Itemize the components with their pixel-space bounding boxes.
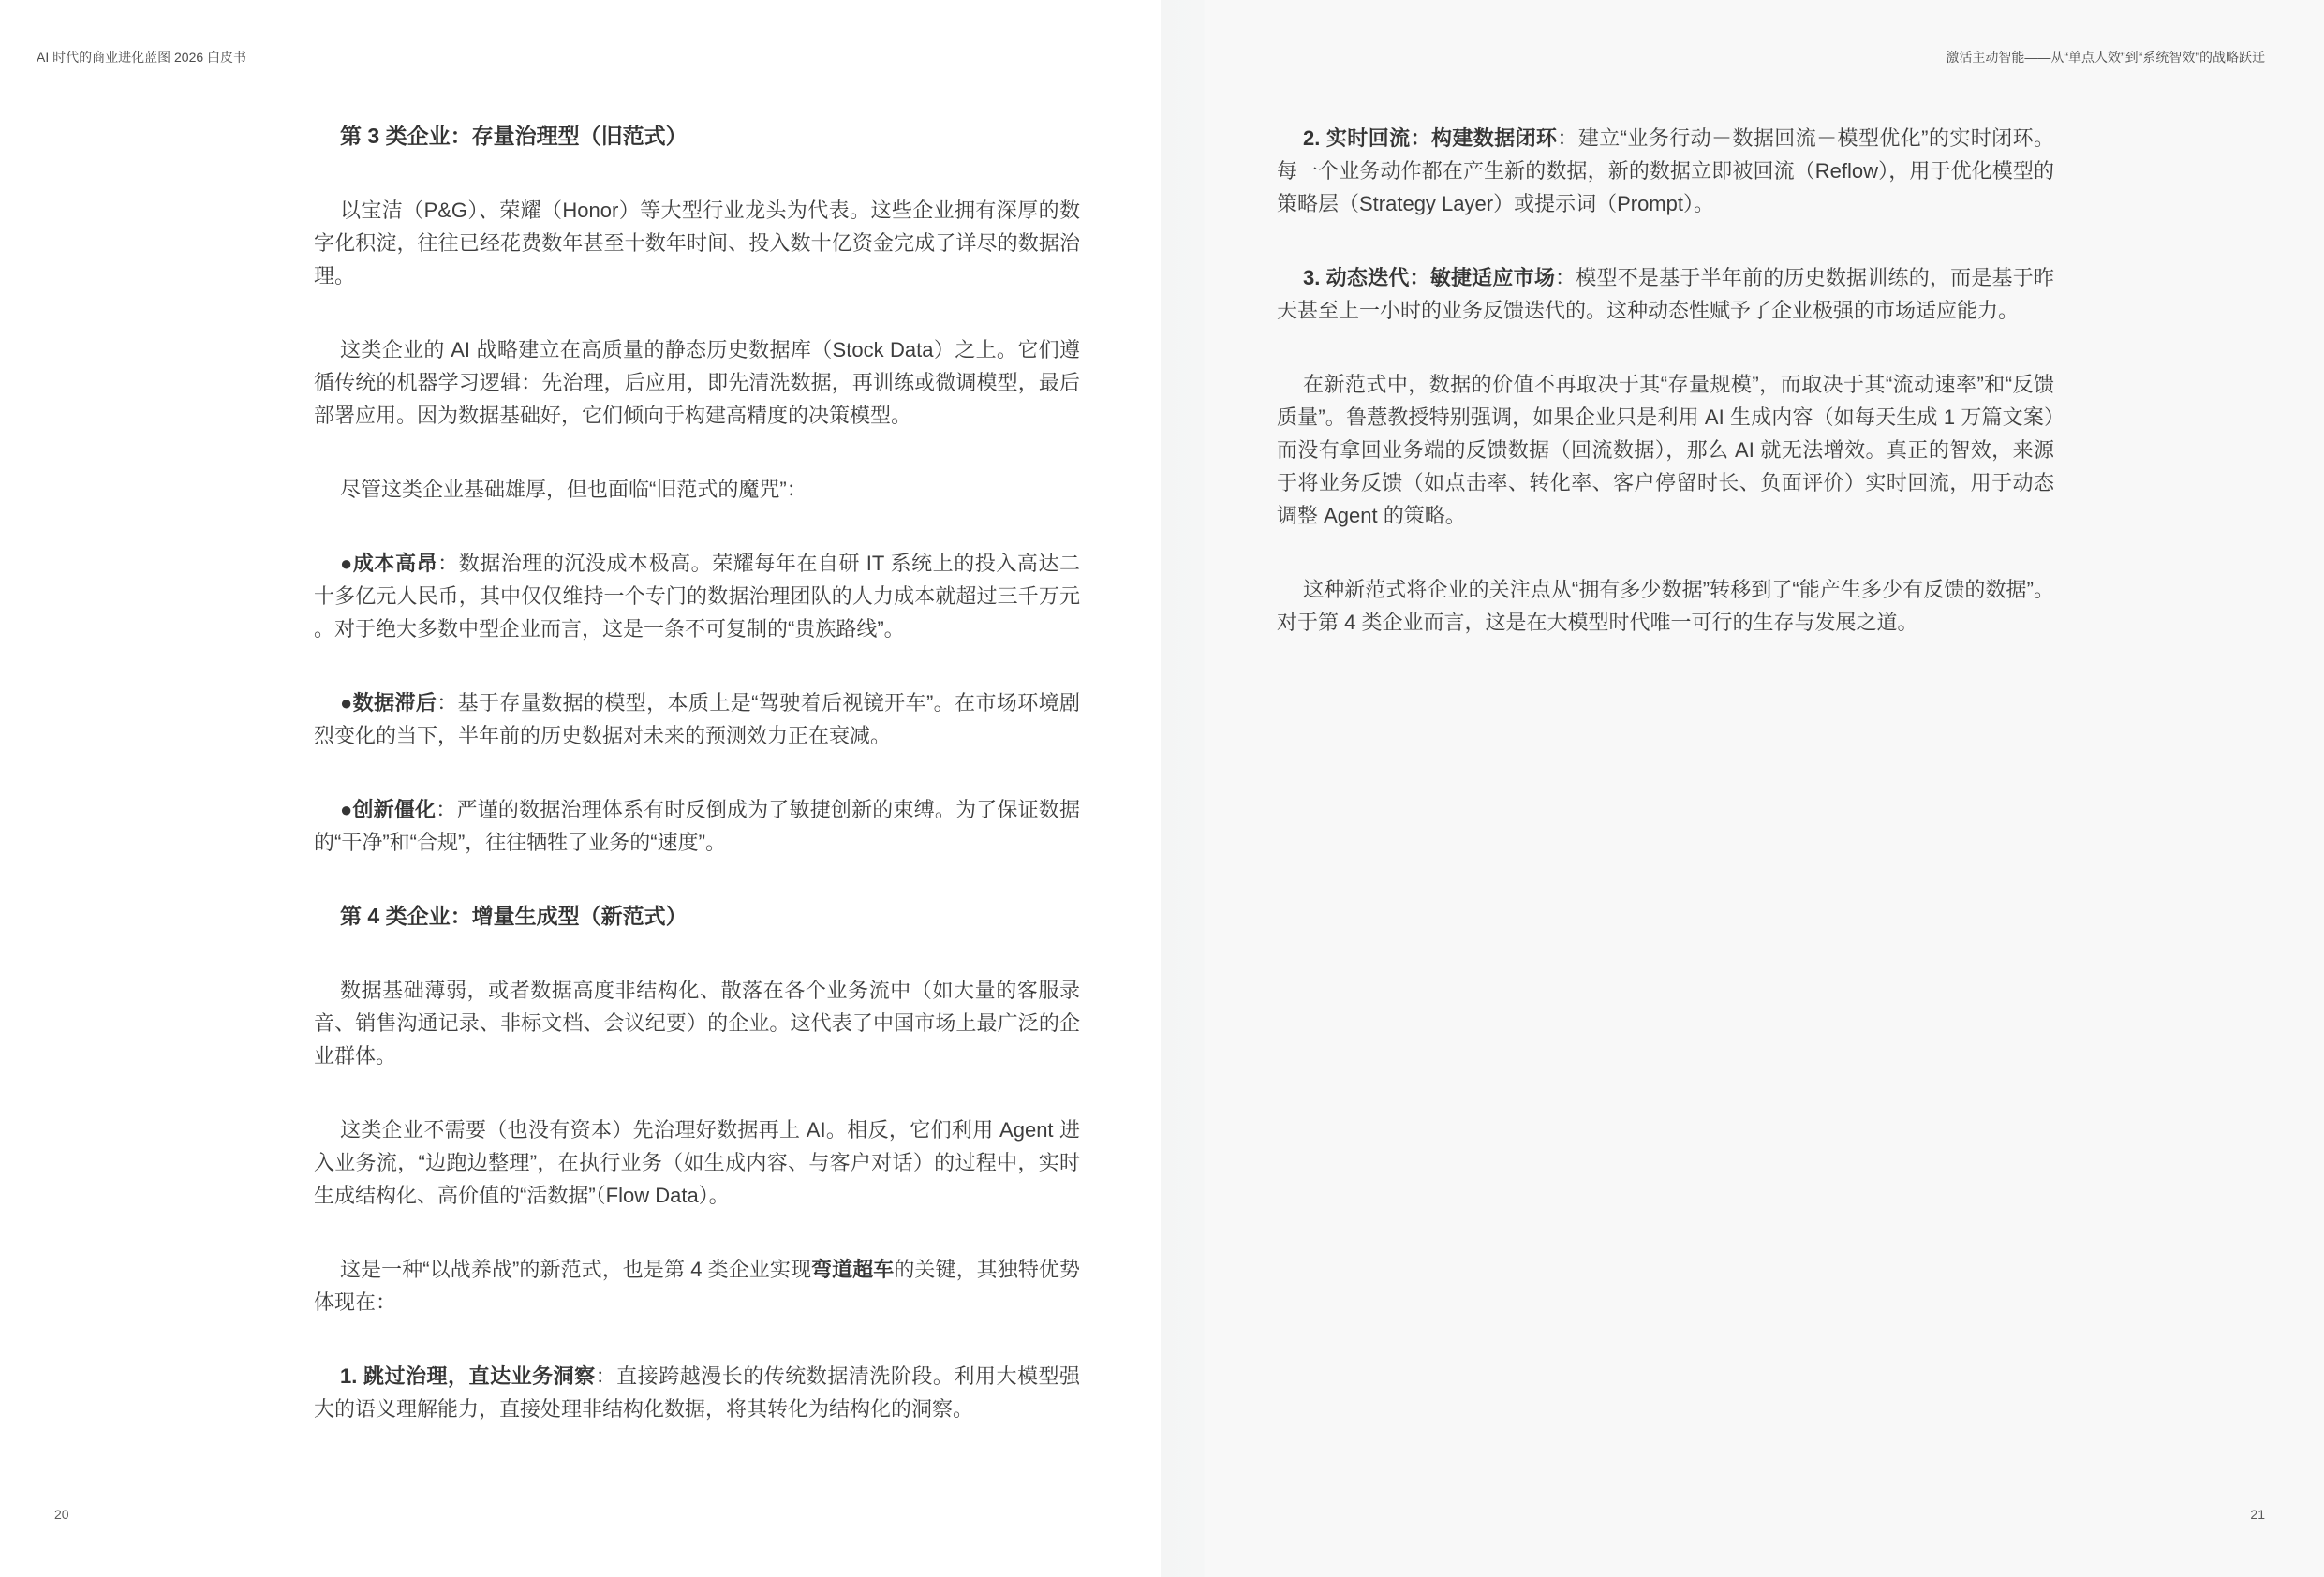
bold-text-run: 1. 跳过治理，直达业务洞察 (340, 1364, 596, 1388)
paragraph: 3. 动态迭代：敏捷适应市场：模型不是基于半年前的历史数据训练的，而是基于昨天甚… (1277, 261, 2054, 327)
paragraph: 尽管这类企业基础雄厚，但也面临“旧范式的魔咒”： (314, 473, 1080, 506)
paragraph: 这类企业的 AI 战略建立在高质量的静态历史数据库（Stock Data）之上。… (314, 333, 1080, 432)
text-run: 在新范式中，数据的价值不再取决于其“存量规模”，而取决于其“流动速率”和“反馈质… (1277, 373, 2054, 527)
running-header-left: AI 时代的商业进化蓝图 2026 白皮书 (37, 48, 246, 66)
bold-text-run: 弯道超车 (811, 1258, 894, 1281)
paragraph: ●成本高昂：数据治理的沉没成本极高。荣耀每年在自研 IT 系统上的投入高达二十多… (314, 547, 1080, 645)
text-run: 这是一种“以战养战”的新范式，也是第 4 类企业实现 (340, 1258, 811, 1281)
bold-text-run: 2. 实时回流：构建数据闭环 (1303, 126, 1557, 150)
paragraph: ●创新僵化：严谨的数据治理体系有时反倒成为了敏捷创新的束缚。为了保证数据的“干净… (314, 793, 1080, 859)
section-heading: 第 3 类企业：存量治理型（旧范式） (314, 120, 1080, 153)
text-run: 这种新范式将企业的关注点从“拥有多少数据”转移到了“能产生多少有反馈的数据”。对… (1277, 578, 2054, 634)
bold-text-run: ●成本高昂 (340, 552, 437, 575)
bold-text-run: 3. 动态迭代：敏捷适应市场 (1303, 266, 1555, 289)
text-run: 尽管这类企业基础雄厚，但也面临“旧范式的魔咒”： (340, 478, 807, 501)
paragraph: 2. 实时回流：构建数据闭环：建立“业务行动－数据回流－模型优化”的实时闭环。每… (1277, 122, 2054, 220)
page-left-content: 第 3 类企业：存量治理型（旧范式）以宝洁（P&G）、荣耀（Honor）等大型行… (314, 120, 1080, 1425)
running-header-right: 激活主动智能——从“单点人效”到“系统智效”的战略跃迁 (1946, 48, 2265, 66)
paragraph: 在新范式中，数据的价值不再取决于其“存量规模”，而取决于其“流动速率”和“反馈质… (1277, 368, 2054, 532)
text-run: 第 4 类企业：增量生成型（新范式） (340, 904, 688, 928)
text-run: 第 3 类企业：存量治理型（旧范式） (340, 124, 688, 148)
text-run: 数据基础薄弱，或者数据高度非结构化、散落在各个业务流中（如大量的客服录音、销售沟… (314, 979, 1080, 1068)
text-run: 这类企业的 AI 战略建立在高质量的静态历史数据库（Stock Data）之上。… (314, 338, 1080, 427)
page-right: 激活主动智能——从“单点人效”到“系统智效”的战略跃迁 2. 实时回流：构建数据… (1161, 0, 2324, 1577)
paragraph: 这类企业不需要（也没有资本）先治理好数据再上 AI。相反，它们利用 Agent … (314, 1113, 1080, 1212)
section-heading: 第 4 类企业：增量生成型（新范式） (314, 900, 1080, 933)
paragraph: 这种新范式将企业的关注点从“拥有多少数据”转移到了“能产生多少有反馈的数据”。对… (1277, 573, 2054, 639)
text-run: 以宝洁（P&G）、荣耀（Honor）等大型行业龙头为代表。这些企业拥有深厚的数字… (314, 199, 1080, 287)
paragraph: ●数据滞后：基于存量数据的模型，本质上是“驾驶着后视镜开车”。在市场环境剧烈变化… (314, 686, 1080, 752)
page-left: AI 时代的商业进化蓝图 2026 白皮书 第 3 类企业：存量治理型（旧范式）… (0, 0, 1161, 1577)
text-run: 这类企业不需要（也没有资本）先治理好数据再上 AI。相反，它们利用 Agent … (314, 1118, 1080, 1207)
page-right-content: 2. 实时回流：构建数据闭环：建立“业务行动－数据回流－模型优化”的实时闭环。每… (1277, 122, 2054, 639)
paragraph: 数据基础薄弱，或者数据高度非结构化、散落在各个业务流中（如大量的客服录音、销售沟… (314, 974, 1080, 1072)
bold-text-run: ●数据滞后 (340, 691, 437, 715)
document-spread: AI 时代的商业进化蓝图 2026 白皮书 第 3 类企业：存量治理型（旧范式）… (0, 0, 2324, 1577)
paragraph: 1. 跳过治理，直达业务洞察：直接跨越漫长的传统数据清洗阶段。利用大模型强大的语… (314, 1360, 1080, 1425)
paragraph: 以宝洁（P&G）、荣耀（Honor）等大型行业龙头为代表。这些企业拥有深厚的数字… (314, 194, 1080, 292)
paragraph: 这是一种“以战养战”的新范式，也是第 4 类企业实现弯道超车的关键，其独特优势体… (314, 1253, 1080, 1319)
page-number-right: 21 (2250, 1505, 2265, 1524)
bold-text-run: ●创新僵化 (340, 798, 436, 821)
page-number-left: 20 (54, 1505, 69, 1524)
